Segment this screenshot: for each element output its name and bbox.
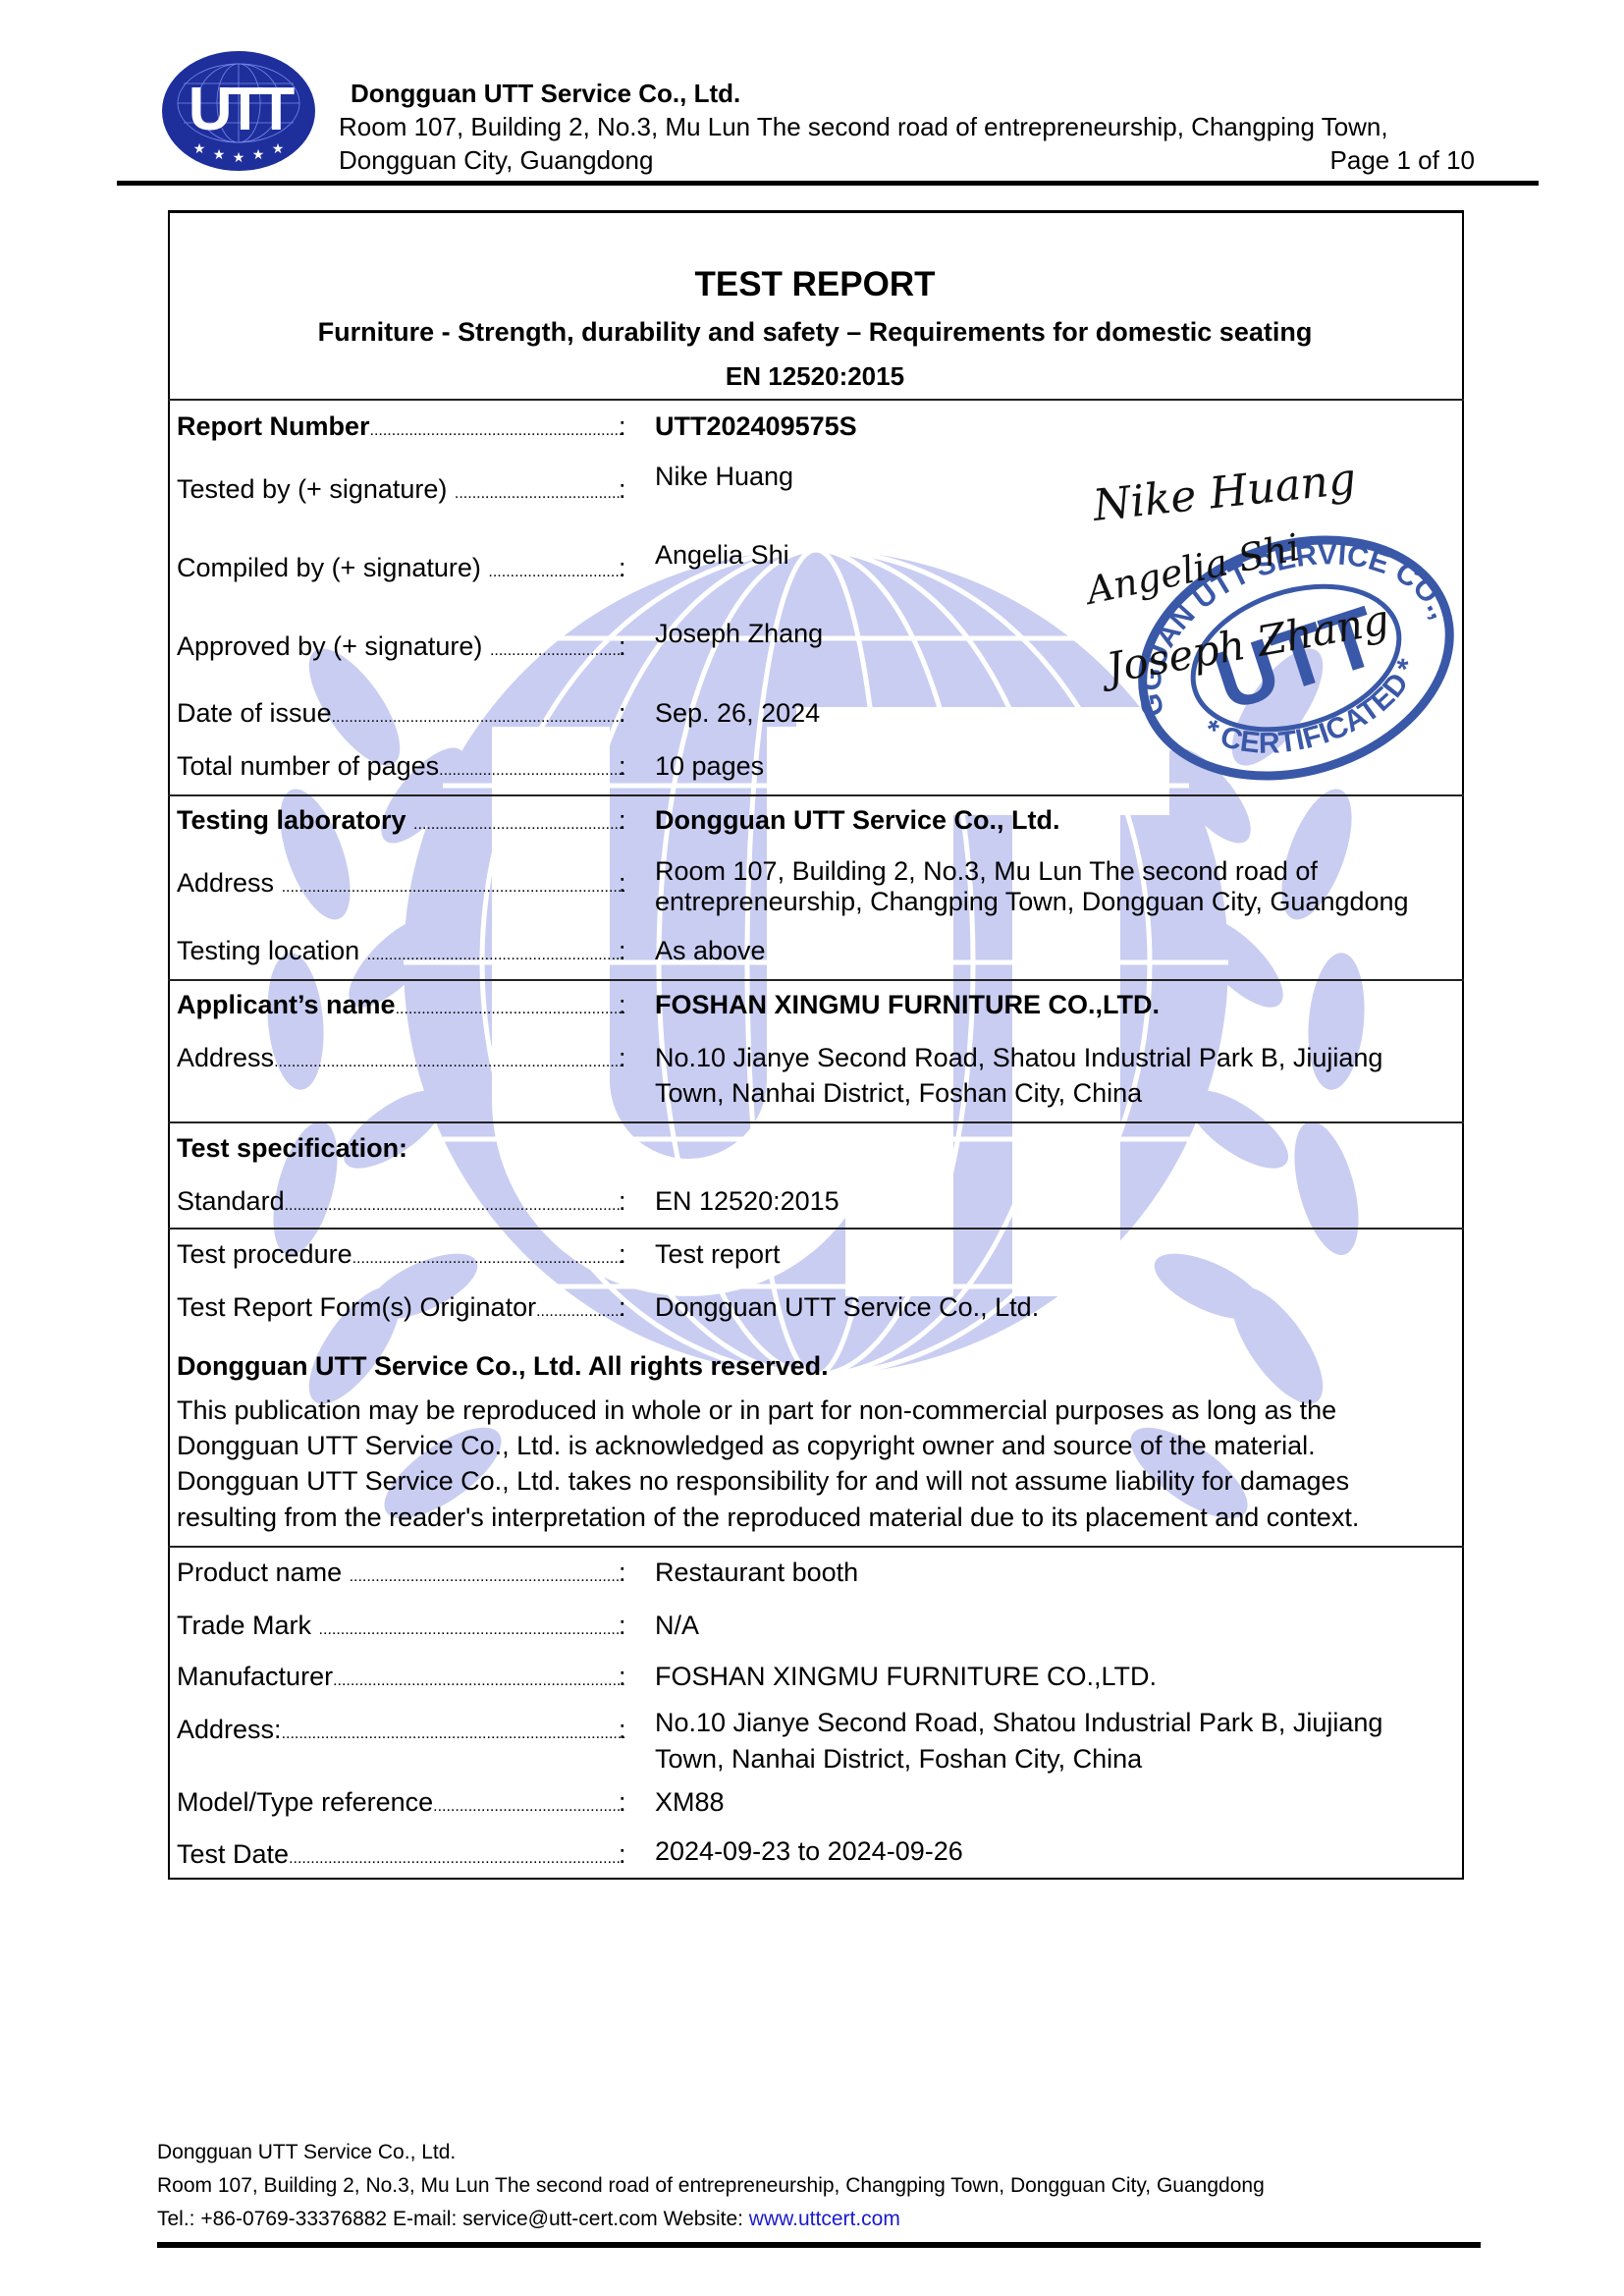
field-label: Test Date...............................… [177, 1839, 624, 1870]
leader-dots: ........................................… [488, 564, 624, 580]
field-value: Angelia Shi [655, 540, 789, 571]
field-value-line: Town, Nanhai District, Foshan City, Chin… [655, 1744, 1142, 1775]
field-value-line: Room 107, Building 2, No.3, Mu Lun The s… [655, 856, 1318, 887]
field-label-text: Date of issue [177, 698, 332, 728]
field-label: Approved by (+ signature) ..............… [177, 631, 624, 662]
field-colon: : [619, 1186, 626, 1217]
divider [168, 399, 1464, 401]
field-label-text: Address [177, 868, 282, 898]
leader-dots: ........................................… [333, 1672, 624, 1689]
field-value: 10 pages [655, 751, 764, 782]
rights-text-line: This publication may be reproduced in wh… [177, 1395, 1336, 1426]
field-value: As above [655, 936, 766, 966]
footer-contact-text: Tel.: +86-0769-33376882 E-mail: service@… [157, 2208, 749, 2230]
field-label: Tested by (+ signature) ................… [177, 474, 624, 505]
field-value: N/A [655, 1611, 699, 1641]
field-colon: : [619, 1715, 626, 1745]
svg-text:★: ★ [252, 147, 265, 163]
field-label-text: Standard [177, 1186, 285, 1216]
field-label: Model/Type reference....................… [177, 1787, 624, 1818]
leader-dots: ........................................… [332, 709, 624, 726]
field-label: Applicant’s name........................… [177, 990, 624, 1020]
signature-tested: Nike Huang [1090, 462, 1359, 531]
leader-dots: ........................................… [282, 879, 624, 896]
field-label: Manufacturer............................… [177, 1662, 624, 1692]
field-label: Trade Mark .............................… [177, 1611, 624, 1641]
rights-heading: Dongguan UTT Service Co., Ltd. All right… [177, 1351, 829, 1382]
field-label: Product name ...........................… [177, 1558, 624, 1588]
section-heading: Test specification: [177, 1133, 624, 1164]
footer-company: Dongguan UTT Service Co., Ltd. [157, 2141, 456, 2164]
field-colon: : [619, 936, 626, 966]
field-label-text: Testing laboratory [177, 805, 413, 835]
field-label: Report Number...........................… [177, 411, 624, 442]
field-value: FOSHAN XINGMU FURNITURE CO.,LTD. [655, 1662, 1157, 1692]
field-label-text: Total number of pages [177, 751, 439, 781]
field-label: Address.................................… [177, 1043, 624, 1073]
leader-dots: ........................................… [490, 642, 624, 659]
leader-dots: ........................................… [282, 1725, 624, 1742]
certification-stamp-icon: DONGGUAN UTT SERVICE CO., LTD. * CERTIFI… [1080, 462, 1463, 795]
svg-text:★: ★ [213, 147, 226, 163]
leader-dots: ........................................… [536, 1303, 624, 1320]
field-label: Test procedure..........................… [177, 1239, 624, 1270]
field-label: Test Report Form(s) Originator..........… [177, 1292, 624, 1323]
leader-dots: ........................................… [274, 1054, 624, 1070]
report-standard: EN 12520:2015 [137, 361, 1492, 392]
svg-text:★: ★ [272, 141, 285, 157]
page-indicator: Page 1 of 10 [1330, 145, 1475, 176]
svg-text:★: ★ [193, 141, 206, 157]
leader-dots: ........................................… [352, 1250, 624, 1267]
field-label-text: Test Report Form(s) Originator [177, 1292, 536, 1322]
field-colon: : [619, 631, 626, 662]
field-colon: : [619, 1662, 626, 1692]
leader-dots: ........................................… [367, 947, 624, 963]
field-label-text: Applicant’s name [177, 990, 396, 1019]
utt-logo-icon: UTT ★★★★★ [160, 49, 317, 173]
leader-dots: ........................................… [396, 1001, 624, 1017]
field-label: Standard................................… [177, 1186, 624, 1217]
header-address-line2: Dongguan City, Guangdong [339, 145, 653, 176]
field-label-text: Address [177, 1043, 274, 1072]
leader-dots: ........................................… [370, 422, 624, 439]
field-colon: : [619, 805, 626, 836]
field-value: Dongguan UTT Service Co., Ltd. [655, 805, 1060, 836]
footer-address: Room 107, Building 2, No.3, Mu Lun The s… [157, 2174, 1265, 2198]
footer-website-link[interactable]: www.uttcert.com [749, 2208, 900, 2230]
field-value: EN 12520:2015 [655, 1186, 839, 1217]
rights-text-line: resulting from the reader's interpretati… [177, 1503, 1359, 1533]
field-colon: : [619, 1839, 626, 1870]
divider [168, 1228, 1464, 1230]
leader-dots: ........................................… [350, 1568, 624, 1585]
field-value: Joseph Zhang [655, 619, 823, 649]
leader-dots: ........................................… [285, 1197, 624, 1214]
divider [168, 1121, 1464, 1123]
field-label-text: Tested by (+ signature) [177, 474, 455, 504]
leader-dots: ........................................… [433, 1798, 624, 1815]
report-subtitle: Furniture - Strength, durability and saf… [137, 317, 1492, 348]
field-label: Total number of pages...................… [177, 751, 624, 782]
field-label: Testing laboratory .....................… [177, 805, 624, 836]
header-address-line1: Room 107, Building 2, No.3, Mu Lun The s… [339, 112, 1388, 142]
field-label-text: Approved by (+ signature) [177, 631, 490, 661]
field-label-text: Address: [177, 1715, 282, 1744]
field-colon: : [619, 1292, 626, 1323]
leader-dots: ........................................… [413, 816, 624, 833]
field-colon: : [619, 751, 626, 782]
field-value: UTT202409575S [655, 411, 857, 442]
field-label: Date of issue...........................… [177, 698, 624, 729]
field-label-text: Manufacturer [177, 1662, 333, 1691]
svg-text:★: ★ [233, 150, 245, 166]
field-label: Testing location .......................… [177, 936, 624, 966]
field-value: XM88 [655, 1787, 725, 1818]
field-colon: : [619, 474, 626, 505]
footer-divider [157, 2242, 1481, 2248]
divider [168, 1546, 1464, 1548]
field-label-text: Product name [177, 1558, 350, 1587]
field-colon: : [619, 698, 626, 729]
field-value: Restaurant booth [655, 1558, 858, 1588]
field-label-text: Model/Type reference [177, 1787, 433, 1817]
field-value: 2024-09-23 to 2024-09-26 [655, 1836, 963, 1867]
field-colon: : [619, 411, 626, 442]
field-value: FOSHAN XINGMU FURNITURE CO.,LTD. [655, 990, 1160, 1020]
field-label-text: Test Date [177, 1839, 289, 1869]
field-label: Compiled by (+ signature) ..............… [177, 553, 624, 583]
field-value-line: Town, Nanhai District, Foshan City, Chin… [655, 1078, 1142, 1109]
field-value: Dongguan UTT Service Co., Ltd. [655, 1292, 1039, 1323]
divider [168, 979, 1464, 981]
field-label-text: Report Number [177, 411, 370, 441]
field-label-text: Test procedure [177, 1239, 352, 1269]
field-colon: : [619, 1787, 626, 1818]
header-divider [117, 181, 1539, 186]
field-colon: : [619, 1611, 626, 1641]
field-colon: : [619, 553, 626, 583]
field-colon: : [619, 990, 626, 1020]
field-colon: : [619, 1043, 626, 1073]
field-label: Address ................................… [177, 868, 624, 899]
field-label: Address:................................… [177, 1715, 624, 1745]
field-value-line: No.10 Jianye Second Road, Shatou Industr… [655, 1708, 1382, 1738]
leader-dots: ........................................… [319, 1621, 624, 1638]
leader-dots: ........................................… [439, 762, 624, 779]
field-colon: : [619, 1239, 626, 1270]
field-colon: : [619, 868, 626, 899]
leader-dots: ........................................… [455, 485, 624, 502]
field-label-text: Trade Mark [177, 1611, 319, 1640]
rights-text-line: Dongguan UTT Service Co., Ltd. is acknow… [177, 1431, 1316, 1461]
field-value-line: entrepreneurship, Changping Town, Donggu… [655, 887, 1409, 917]
field-colon: : [619, 1558, 626, 1588]
field-label-text: Compiled by (+ signature) [177, 553, 488, 582]
field-value: Test report [655, 1239, 781, 1270]
rights-text-line: Dongguan UTT Service Co., Ltd. takes no … [177, 1466, 1349, 1497]
report-title: TEST REPORT [137, 265, 1492, 304]
footer-contact: Tel.: +86-0769-33376882 E-mail: service@… [157, 2208, 900, 2231]
field-value: Nike Huang [655, 462, 793, 492]
header-company-name: Dongguan UTT Service Co., Ltd. [351, 79, 740, 109]
field-label-text: Testing location [177, 936, 367, 965]
svg-text:UTT: UTT [189, 76, 296, 143]
field-value: Sep. 26, 2024 [655, 698, 820, 729]
field-value-line: No.10 Jianye Second Road, Shatou Industr… [655, 1043, 1382, 1073]
leader-dots: ........................................… [289, 1850, 624, 1867]
